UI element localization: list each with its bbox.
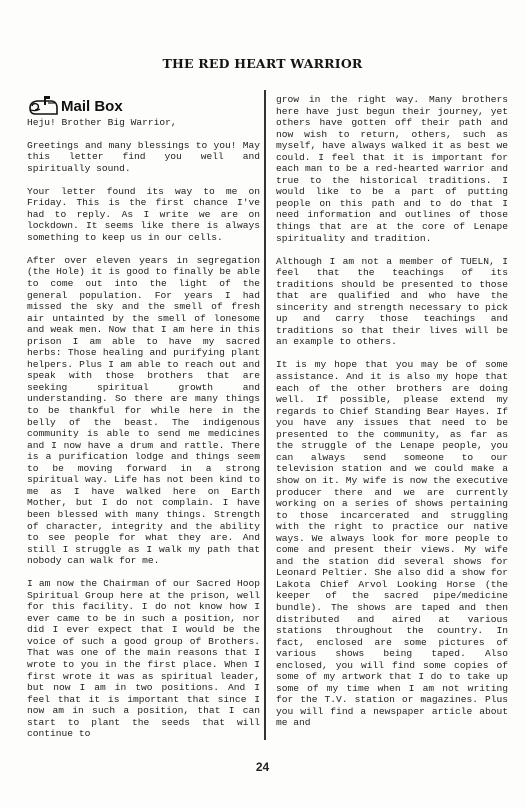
left-column: Mail Box Heju! Brother Big Warrior, Gree… (27, 88, 260, 751)
salutation: Heju! Brother Big Warrior, (27, 117, 260, 129)
page-title: THE RED HEART WARRIOR (0, 56, 525, 71)
letter-paragraph: It is my hope that you may be of some as… (276, 359, 508, 729)
letter-paragraph: Although I am not a member of TUELN, I f… (276, 256, 508, 348)
mailbox-icon (27, 94, 59, 116)
right-column: grow in the right way. Many brothers her… (276, 94, 508, 740)
letter-paragraph: Greetings and many blessings to you! May… (27, 140, 260, 175)
section-title: Mail Box (61, 98, 123, 116)
letter-paragraph: After over eleven years in segregation (… (27, 255, 260, 567)
page-number: 24 (0, 760, 525, 774)
mailbox-section-header: Mail Box (27, 88, 260, 116)
letter-paragraph: grow in the right way. Many brothers her… (276, 94, 508, 244)
letter-paragraph: Your letter found its way to me on Frida… (27, 186, 260, 244)
letter-paragraph: I am now the Chairman of our Sacred Hoop… (27, 578, 260, 740)
column-divider (264, 90, 266, 740)
